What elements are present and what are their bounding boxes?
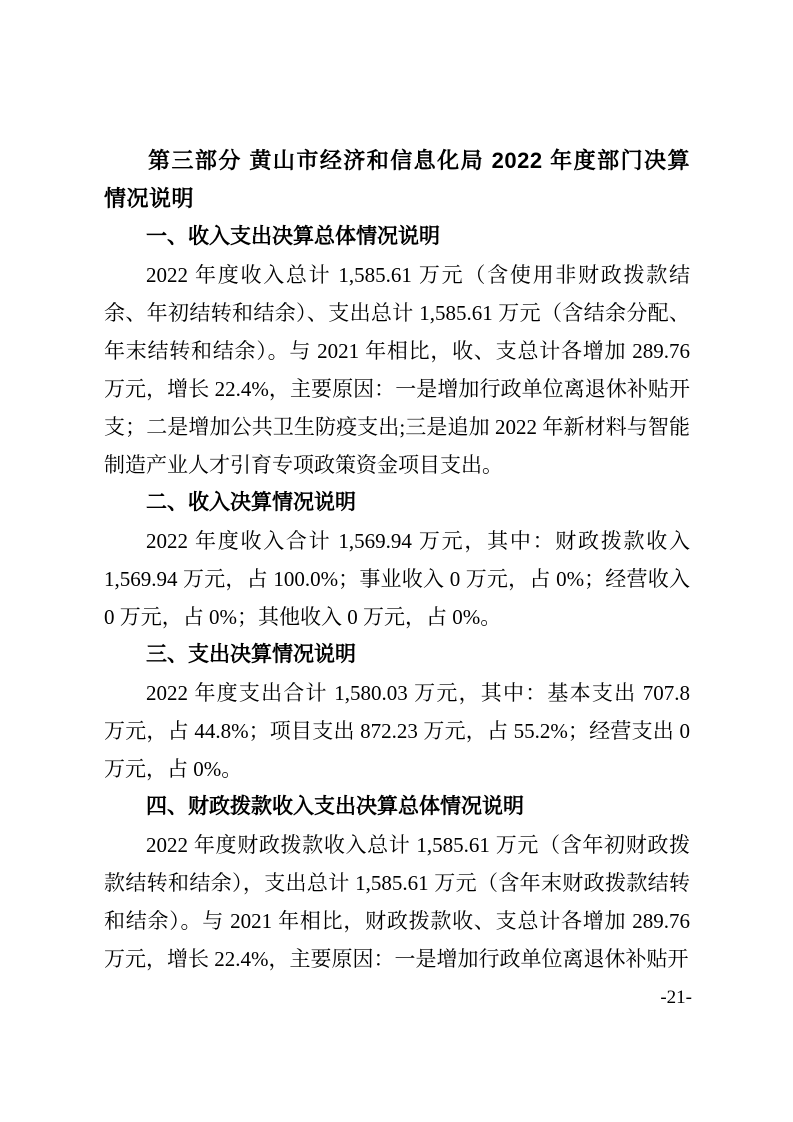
page-content: 第三部分 黄山市经济和信息化局 2022 年度部门决算情况说明 一、收入支出决算… [104,142,690,978]
page-number: -21- [660,986,692,1010]
section-paragraph-income-statement: 2022 年度收入合计 1,569.94 万元，其中：财政拨款收入 1,569.… [104,522,690,636]
section-heading-expenditure-statement: 三、支出决算情况说明 [104,636,690,674]
section-paragraph-expenditure-statement: 2022 年度支出合计 1,580.03 万元，其中：基本支出 707.8 万元… [104,674,690,788]
document-title: 第三部分 黄山市经济和信息化局 2022 年度部门决算情况说明 [104,142,690,218]
section-heading-income-statement: 二、收入决算情况说明 [104,484,690,522]
section-heading-income-expenditure-overview: 一、收入支出决算总体情况说明 [104,218,690,256]
document-page: { "document": { "title": "第三部分 黄山市经济和信息化… [0,0,793,1122]
section-heading-fiscal-appropriation-overview: 四、财政拨款收入支出决算总体情况说明 [104,788,690,826]
section-paragraph-income-expenditure-overview: 2022 年度收入总计 1,585.61 万元（含使用非财政拨款结余、年初结转和… [104,256,690,484]
section-paragraph-fiscal-appropriation-overview: 2022 年度财政拨款收入总计 1,585.61 万元（含年初财政拨款结转和结余… [104,826,690,978]
